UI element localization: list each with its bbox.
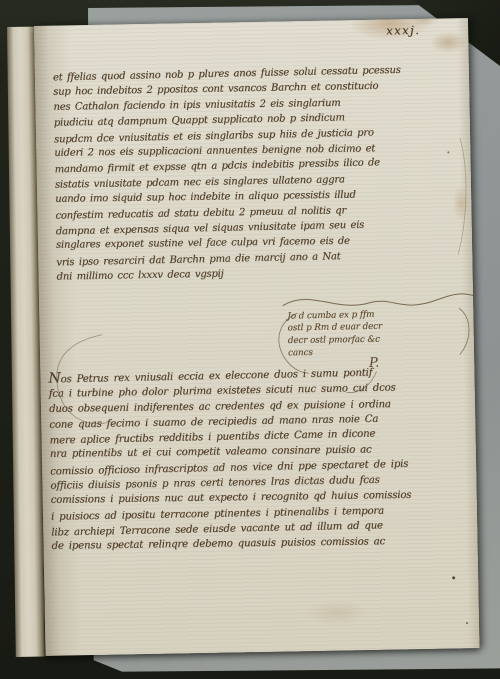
note-line: decr ostl pmorfac &c (288, 332, 460, 347)
text-block-second: Nos Petrus rex vniusali eccia ex eleccon… (48, 363, 473, 555)
manuscript-photo: xxxj. et ffelias quod assino nob p plure… (0, 0, 500, 679)
ink-speck (452, 576, 455, 579)
ink-speck (466, 622, 468, 624)
flourish-underline (283, 293, 479, 307)
ink-speck (447, 151, 449, 153)
note-right-swash (459, 308, 469, 354)
right-margin-flourish (456, 138, 467, 254)
folio-number: xxxj. (386, 22, 456, 37)
text-block-opening: et ffelias quod assino nob p plures anos… (53, 62, 455, 285)
registration-note: Jo d cumba ex p ffm ostl p Rm d euar dec… (287, 307, 460, 360)
manuscript-page: xxxj. et ffelias quod assino nob p plure… (34, 18, 479, 656)
